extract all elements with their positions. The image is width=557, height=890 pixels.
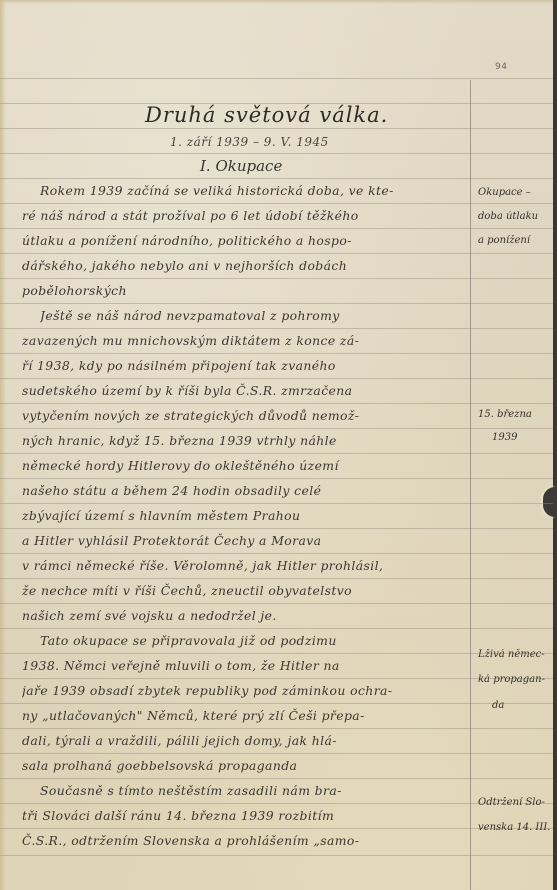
paper-left-edge (0, 0, 6, 890)
paper-tear-hole (543, 487, 557, 517)
body-line: v rámci německé říše. Věrolomně, jak Hit… (22, 558, 470, 573)
margin-note: doba útlaku (478, 211, 554, 222)
margin-note: Lživá němec- (478, 649, 554, 660)
body-line: našich zemí své vojsku a nedodržel je. (22, 608, 470, 623)
body-line: zavazených mu mnichovským diktátem z kon… (22, 333, 470, 348)
body-line: ří 1938, kdy po násilném připojení tak z… (22, 358, 470, 373)
section-heading: I. Okupace (200, 157, 282, 175)
body-line: německé hordy Hitlerovy do okleštěného ú… (22, 458, 470, 473)
margin-note: ká propagan- (478, 674, 554, 685)
body-line: jaře 1939 obsadí zbytek republiky pod zá… (22, 683, 470, 698)
body-line: 1938. Němci veřejně mluvili o tom, že Hi… (22, 658, 470, 673)
body-line: dali, týrali a vraždili, pálili jejich d… (22, 733, 470, 748)
body-line: útlaku a ponížení národního, politického… (22, 233, 470, 248)
body-line: a Hitler vyhlásil Protektorát Čechy a Mo… (22, 533, 470, 548)
page-title: Druhá světová válka. (145, 103, 388, 127)
date-range: 1. září 1939 – 9. V. 1945 (170, 135, 329, 149)
body-line: že nechce míti v říši Čechů, zneuctil ob… (22, 583, 470, 598)
page-number: 94 (495, 62, 507, 72)
body-line: sala prolhaná goebbelsovská propaganda (22, 758, 470, 773)
body-line: pobělohorských (22, 283, 470, 298)
paper-top-edge (0, 0, 557, 4)
ruled-line (0, 78, 553, 79)
margin-line (470, 80, 471, 890)
body-line: zbývající území s hlavním městem Prahou (22, 508, 470, 523)
body-line: ny „utlačovaných" Němců, které prý zlí Č… (22, 708, 470, 723)
margin-note: 15. března (478, 409, 554, 420)
body-line: dářského, jakého nebylo ani v nejhorších… (22, 258, 470, 273)
margin-note: Odtržení Slo- (478, 797, 554, 808)
manuscript-page: 94 Druhá světová válka. 1. září 1939 – 9… (0, 0, 557, 890)
margin-note: Okupace – (478, 187, 554, 198)
body-line: Tato okupace se připravovala již od podz… (40, 633, 470, 648)
margin-note: a ponížení (478, 235, 554, 246)
body-line: Rokem 1939 začíná se veliká historická d… (40, 183, 470, 198)
body-line: Ještě se náš národ nevzpamatoval z pohro… (40, 308, 470, 323)
body-line: tři Slováci další ránu 14. března 1939 r… (22, 808, 470, 823)
body-line: Č.S.R., odtržením Slovenska a prohlášení… (22, 833, 470, 848)
margin-note: da (492, 700, 557, 711)
body-line: našeho státu a během 24 hodin obsadily c… (22, 483, 470, 498)
scan-background-edge (553, 0, 557, 890)
body-line: ré náš národ a stát prožíval po 6 let úd… (22, 208, 470, 223)
body-line: Současně s tímto neštěstím zasadili nám … (40, 783, 470, 798)
body-line: ných hranic, když 15. března 1939 vtrhly… (22, 433, 470, 448)
body-line: vytyčením nových ze strategických důvodů… (22, 408, 470, 423)
margin-note: 1939 (492, 432, 557, 443)
margin-note: venska 14. III. (478, 822, 554, 833)
body-line: sudetského území by k říši byla Č.S.R. z… (22, 383, 470, 398)
